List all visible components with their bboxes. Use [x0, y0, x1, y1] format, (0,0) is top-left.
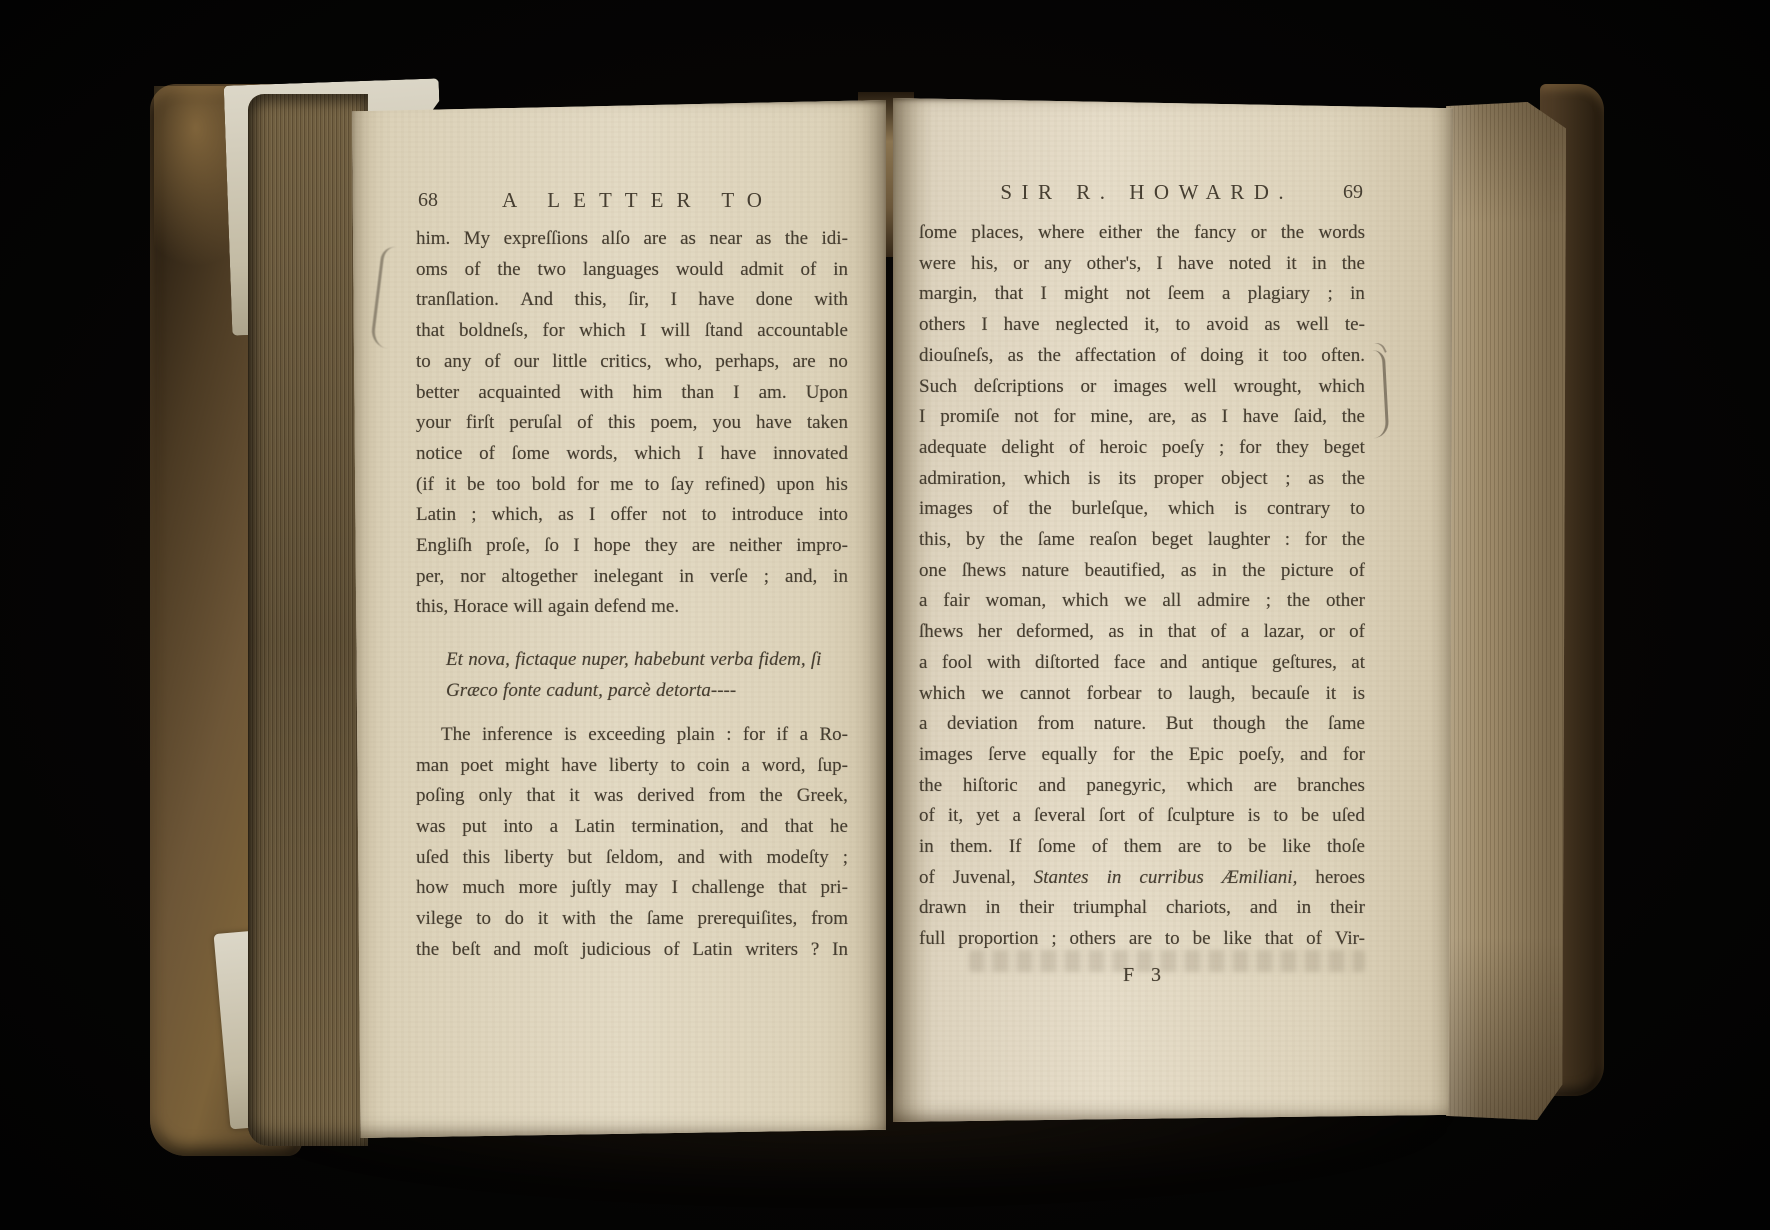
text-line: thebeſtandmoſtjudiciousofLatinwriters?In — [416, 939, 848, 960]
text-line: adeviationfromnature.Butthoughtheſame — [919, 713, 1365, 734]
text-line: toanyofourlittlecritics,who,perhaps,aren… — [416, 351, 848, 372]
signature-mark: F 3 — [919, 964, 1365, 987]
right-page-header: SIR R. HOWARD. 69 — [919, 180, 1365, 208]
text-line: manpoetmighthavelibertytocoinaword,ſup- — [416, 755, 848, 776]
text-line: fullproportion;othersaretobelikethatofVi… — [919, 928, 1365, 949]
text-line: Ipromiſenotformine,are,asIhaveſaid,the — [919, 406, 1365, 427]
text-line: whichwecannotforbeartolaugh,becauſeitis — [919, 683, 1365, 704]
text-line: afoolwithdiſtortedfaceandantiquegeſtures… — [919, 652, 1365, 673]
text-line: tranſlation.Andthis,ſir,Ihavedonewith — [416, 289, 848, 310]
left-page-edge-stack — [248, 94, 368, 1146]
page-number-right: 69 — [1343, 181, 1363, 204]
text-line: thehiſtoricandpanegyric,whicharebranches — [919, 775, 1365, 796]
left-page-text: him.Myexpreſſionsalſoareasnearastheidi-o… — [416, 228, 848, 970]
text-line: thatboldneſs,forwhichIwillſtandaccountab… — [416, 320, 848, 341]
text-line: othersIhaveneglectedit,toavoidaswellte- — [919, 314, 1365, 335]
page-number-left: 68 — [418, 189, 438, 212]
text-line: betteracquaintedwithhimthanIam.Upon — [416, 382, 848, 403]
photo-background: 68 A LETTER TO him.Myexpreſſionsalſoarea… — [0, 0, 1770, 1230]
text-line: this,bytheſamereaſonbegetlaughter:forthe — [919, 529, 1365, 550]
text-line: adequatedelightofheroicpoeſy;fortheybege… — [919, 437, 1365, 458]
text-line: Theinferenceisexceedingplain:forifaRo- — [416, 724, 848, 745]
running-title-left: A LETTER TO — [416, 188, 848, 213]
text-line: ofJuvenal,StantesincurribusÆmiliani,hero… — [919, 867, 1365, 888]
text-line: vilegetodoitwiththeſameprerequiſites,fro… — [416, 908, 848, 929]
text-line: uſedthislibertybutſeldom,andwithmodeſty; — [416, 847, 848, 868]
text-line: wasputintoaLatintermination,andthathe — [416, 816, 848, 837]
text-line: ofit,yetaſeveralſortofſculptureistobeuſe… — [919, 805, 1365, 826]
right-page-text: ſomeplaces,whereeitherthefancyorthewords… — [919, 222, 1365, 959]
text-line: ſhewsherdeformed,asinthatofalazar,orof — [919, 621, 1365, 642]
right-page: SIR R. HOWARD. 69 ſomeplaces,whereeither… — [893, 98, 1453, 1122]
left-page: 68 A LETTER TO him.Myexpreſſionsalſoarea… — [352, 100, 886, 1138]
text-line: Etnova,fictaquenuper,habebuntverbafidem,… — [416, 649, 848, 670]
text-line: howmuchmorejuſtlymayIchallengethatpri- — [416, 877, 848, 898]
text-line: this,Horacewillagaindefendme. — [416, 596, 848, 617]
text-line: diouſneſs,astheaffectationofdoingittooof… — [919, 345, 1365, 366]
ink-bracket-right-margin — [1369, 350, 1390, 439]
text-line: Engliſhproſe,ſoIhopetheyareneitherimpro- — [416, 535, 848, 556]
text-line: him.Myexpreſſionsalſoareasnearastheidi- — [416, 228, 848, 249]
text-line: (ifitbetooboldformetoſayrefined)uponhis — [416, 474, 848, 495]
text-line: werehis,oranyother's,Ihavenoteditinthe — [919, 253, 1365, 274]
text-line: noticeofſomewords,whichIhaveinnovated — [416, 443, 848, 464]
text-line: Latin;which,asIoffernottointroduceinto — [416, 504, 848, 525]
running-title-right: SIR R. HOWARD. — [919, 180, 1365, 205]
text-line: per,noraltogetherinelegantinverſe;and,in — [416, 566, 848, 587]
text-line: afairwoman,whichwealladmire;theother — [919, 590, 1365, 611]
text-line: omsofthetwolanguageswouldadmitofin — [416, 259, 848, 280]
text-line: oneſhewsnaturebeautified,asinthepictureo… — [919, 560, 1365, 581]
text-line: margin,thatImightnotſeemaplagiary;in — [919, 283, 1365, 304]
text-line: imagesſerveequallyfortheEpicpoeſy,andfor — [919, 744, 1365, 765]
text-line: yourfirſtperuſalofthispoem,youhavetaken — [416, 412, 848, 433]
left-page-header: 68 A LETTER TO — [416, 188, 848, 216]
ink-bracket-left-margin — [370, 245, 400, 348]
text-line: admiration,whichisitsproperobject;asthe — [919, 468, 1365, 489]
text-line: Suchdeſcriptionsorimageswellwrought,whic… — [919, 376, 1365, 397]
text-line: ſomeplaces,whereeitherthefancyorthewords — [919, 222, 1365, 243]
text-line: poſingonlythatitwasderivedfromtheGreek, — [416, 785, 848, 806]
fore-edge-page-stack — [1446, 102, 1566, 1120]
text-line: inthem.Ifſomeofthemaretobelikethoſe — [919, 836, 1365, 857]
text-line: Græcofontecadunt,parcèdetorta---- — [416, 680, 848, 701]
text-line: drawnintheirtriumphalchariots,andintheir — [919, 897, 1365, 918]
text-line: imagesoftheburleſque,whichiscontraryto — [919, 498, 1365, 519]
